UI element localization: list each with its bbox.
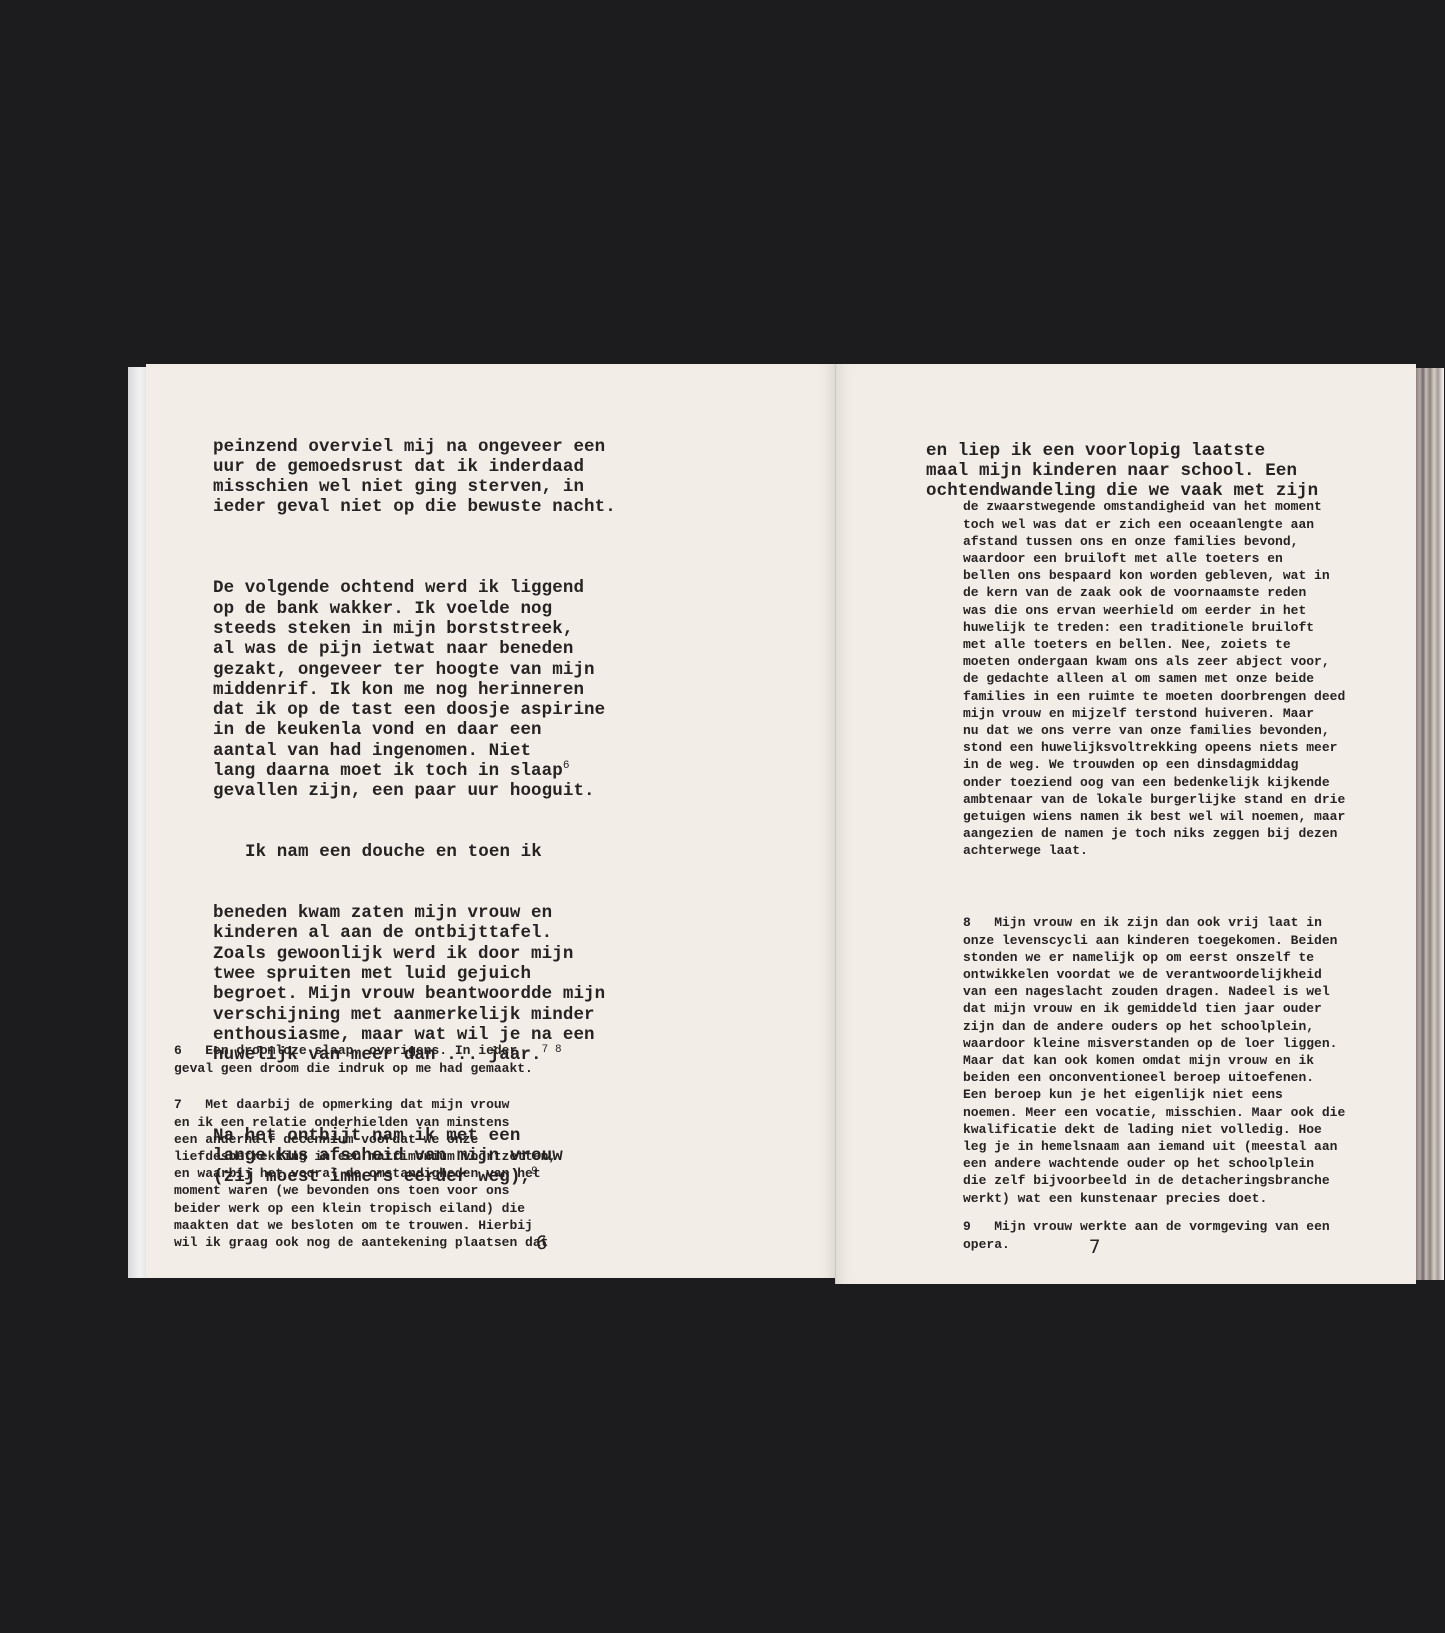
footnote-line: Een beroep kun je het eigenlijk niet een…	[963, 1087, 1283, 1102]
footnote-line: stond een huwelijksvoltrekking opeens ni…	[963, 740, 1337, 755]
text-line: lang daarna moet ik toch in slaap	[213, 761, 563, 781]
text-line: kinderen al aan de ontbijttafel.	[213, 923, 552, 943]
footnote-line: achterwege laat.	[963, 843, 1088, 858]
footnote-line: families in een ruimte te moeten doorbre…	[963, 689, 1345, 704]
footnote-7-continued: de zwaarstwegende omstandigheid van het …	[963, 464, 1345, 894]
footnote-line: mijn vrouw en mijzelf terstond huiveren.…	[963, 706, 1314, 721]
footnote-line: Een droomloze slaap, overigens. In ieder	[205, 1043, 517, 1058]
footnote-line: afstand tussen ons en onze families bevo…	[963, 534, 1298, 549]
footnote-line: onder toeziend oog van een bedenkelijk k…	[963, 775, 1330, 790]
footnote-line: moeten ondergaan kwam ons als zeer abjec…	[963, 654, 1330, 669]
text-line: twee spruiten met luid gejuich	[213, 964, 531, 984]
footnote-line: en ik een relatie onderhielden van minst…	[174, 1115, 509, 1130]
footnote-line: stonden we er namelijk op om eerst onsze…	[963, 950, 1314, 965]
footnote-line: toch wel was dat er zich een oceaanlengt…	[963, 517, 1314, 532]
footnote-9: 9 Mijn vrouw werkte aan de vormgeving va…	[963, 1184, 1330, 1287]
footnote-line: ontwikkelen voordat we de verantwoordeli…	[963, 967, 1322, 982]
footnote-line: een anderhalf decennium voordat we onze	[174, 1132, 478, 1147]
paragraph-3: Ik nam een douche en toen ik	[213, 842, 616, 862]
footnote-7: 7 Met daarbij de opmerking dat mijn vrou…	[174, 1062, 556, 1286]
footnote-line: noemen. Meer een vocatie, misschien. Maa…	[963, 1105, 1345, 1120]
text-line: Ik nam een douche en toen ik	[245, 842, 542, 862]
footnote-line: aangezien de namen je toch niks zeggen b…	[963, 826, 1337, 841]
footnote-line: getuigen wiens namen ik best wel wil noe…	[963, 809, 1345, 824]
footnote-line: in de weg. We trouwden op een dinsdagmid…	[963, 757, 1298, 772]
text-line: beneden kwam zaten mijn vrouw en	[213, 903, 552, 923]
footnote-number: 8	[963, 915, 971, 930]
footnote-number: 6	[174, 1043, 182, 1058]
text-line: misschien wel niet ging sterven, in	[213, 477, 584, 497]
left-page: peinzend overviel mij na ongeveer een uu…	[146, 364, 836, 1278]
text-line: Zoals gewoonlijk werd ik door mijn	[213, 944, 573, 964]
footnote-line: nu dat we ons verre van onze families be…	[963, 723, 1330, 738]
page-number-right: 7	[1089, 1236, 1100, 1258]
footnote-line: wil ik graag ook nog de aantekening plaa…	[174, 1235, 548, 1250]
footnote-line: opera.	[963, 1237, 1010, 1252]
footnote-line: Mijn vrouw en ik zijn dan ook vrij laat …	[994, 915, 1322, 930]
text-line: al was de pijn ietwat naar beneden	[213, 639, 573, 659]
open-book: peinzend overviel mij na ongeveer een uu…	[128, 364, 1320, 1284]
text-line: in de keukenla vond en daar een	[213, 720, 542, 740]
footnote-line: was die ons ervan weerhield om eerder in…	[963, 603, 1306, 618]
footnote-line: beider werk op een klein tropisch eiland…	[174, 1201, 525, 1216]
footnote-line: een andere wachtende ouder op het school…	[963, 1156, 1314, 1171]
footnote-line: huwelijk te treden: een traditionele bru…	[963, 620, 1314, 635]
text-line: middenrif. Ik kon me nog herinneren	[213, 680, 584, 700]
text-line: en liep ik een voorlopig laatste	[926, 441, 1265, 461]
footnote-line: waardoor een bruiloft met alle toeters e…	[963, 551, 1283, 566]
footnote-line: dat mijn vrouw en ik gemiddeld tien jaar…	[963, 1001, 1322, 1016]
footnote-line: de kern van de zaak ook de voornaamste r…	[963, 585, 1306, 600]
footnote-line: Met daarbij de opmerking dat mijn vrouw	[205, 1097, 509, 1112]
text-line: ieder geval niet op die bewuste nacht.	[213, 497, 616, 517]
footnote-line: leg je in hemelsnaam aan iemand uit (mee…	[963, 1139, 1337, 1154]
text-line: uur de gemoedsrust dat ik inderdaad	[213, 457, 584, 477]
text-line: De volgende ochtend werd ik liggend	[213, 578, 584, 598]
right-page: en liep ik een voorlopig laatste maal mi…	[836, 364, 1416, 1284]
text-line: gezakt, ongeveer ter hoogte van mijn	[213, 660, 595, 680]
footnote-line: maakten dat we besloten om te trouwen. H…	[174, 1218, 533, 1233]
text-line: dat ik op de tast een doosje aspirine	[213, 700, 605, 720]
footnote-line: waardoor kleine misverstanden op de loer…	[963, 1036, 1337, 1051]
footnote-number: 7	[174, 1097, 182, 1112]
footnote-line: zijn dan de andere ouders op het schoolp…	[963, 1019, 1314, 1034]
text-line: aantal van had ingenomen. Niet	[213, 741, 531, 761]
paragraph-2: De volgende ochtend werd ik liggend op d…	[213, 578, 616, 801]
footnote-line: ambtenaar van de lokale burgerlijke stan…	[963, 792, 1345, 807]
footnote-line: beiden een onconventioneel beroep uitoef…	[963, 1070, 1314, 1085]
text-line: begroet. Mijn vrouw beantwoordde mijn	[213, 984, 605, 1004]
footnote-line: Mijn vrouw werkte aan de vormgeving van …	[994, 1219, 1329, 1234]
footnote-line: de gedachte alleen al om samen met onze …	[963, 671, 1314, 686]
footnote-line: moment waren (we bevonden ons toen voor …	[174, 1183, 509, 1198]
footnote-line: bellen ons bespaard kon worden gebleven,…	[963, 568, 1330, 583]
footnote-ref-7-8[interactable]: 7 8	[542, 1044, 562, 1056]
paragraph-1: peinzend overviel mij na ongeveer een uu…	[213, 437, 616, 518]
footnote-line: van een nageslacht zouden dragen. Nadeel…	[963, 984, 1330, 999]
book-fore-edge	[1416, 368, 1444, 1280]
page-number-left: 6	[536, 1232, 547, 1254]
footnote-line: en waarbij het vooral de omstandigheden …	[174, 1166, 541, 1181]
text-line: steeds steken in mijn borststreek,	[213, 619, 573, 639]
footnote-ref-6[interactable]: 6	[563, 760, 570, 772]
footnote-line: de zwaarstwegende omstandigheid van het …	[963, 499, 1322, 514]
footnote-line: liefdesbetrekking in een matrimonium voo…	[174, 1149, 556, 1164]
footnote-line: met alle toeters en bellen. Nee, zoiets …	[963, 637, 1291, 652]
footnote-number: 9	[963, 1219, 971, 1234]
footnote-line: kwalificatie dekt de lading niet volledi…	[963, 1122, 1322, 1137]
footnote-line: Maar dat kan ook komen omdat mijn vrouw …	[963, 1053, 1314, 1068]
footnote-line: onze levenscycli aan kinderen toegekomen…	[963, 933, 1337, 948]
text-line: op de bank wakker. Ik voelde nog	[213, 599, 552, 619]
text-line: gevallen zijn, een paar uur hooguit.	[213, 781, 595, 801]
book-cover-edge	[128, 367, 148, 1278]
text-line: peinzend overviel mij na ongeveer een	[213, 437, 605, 457]
